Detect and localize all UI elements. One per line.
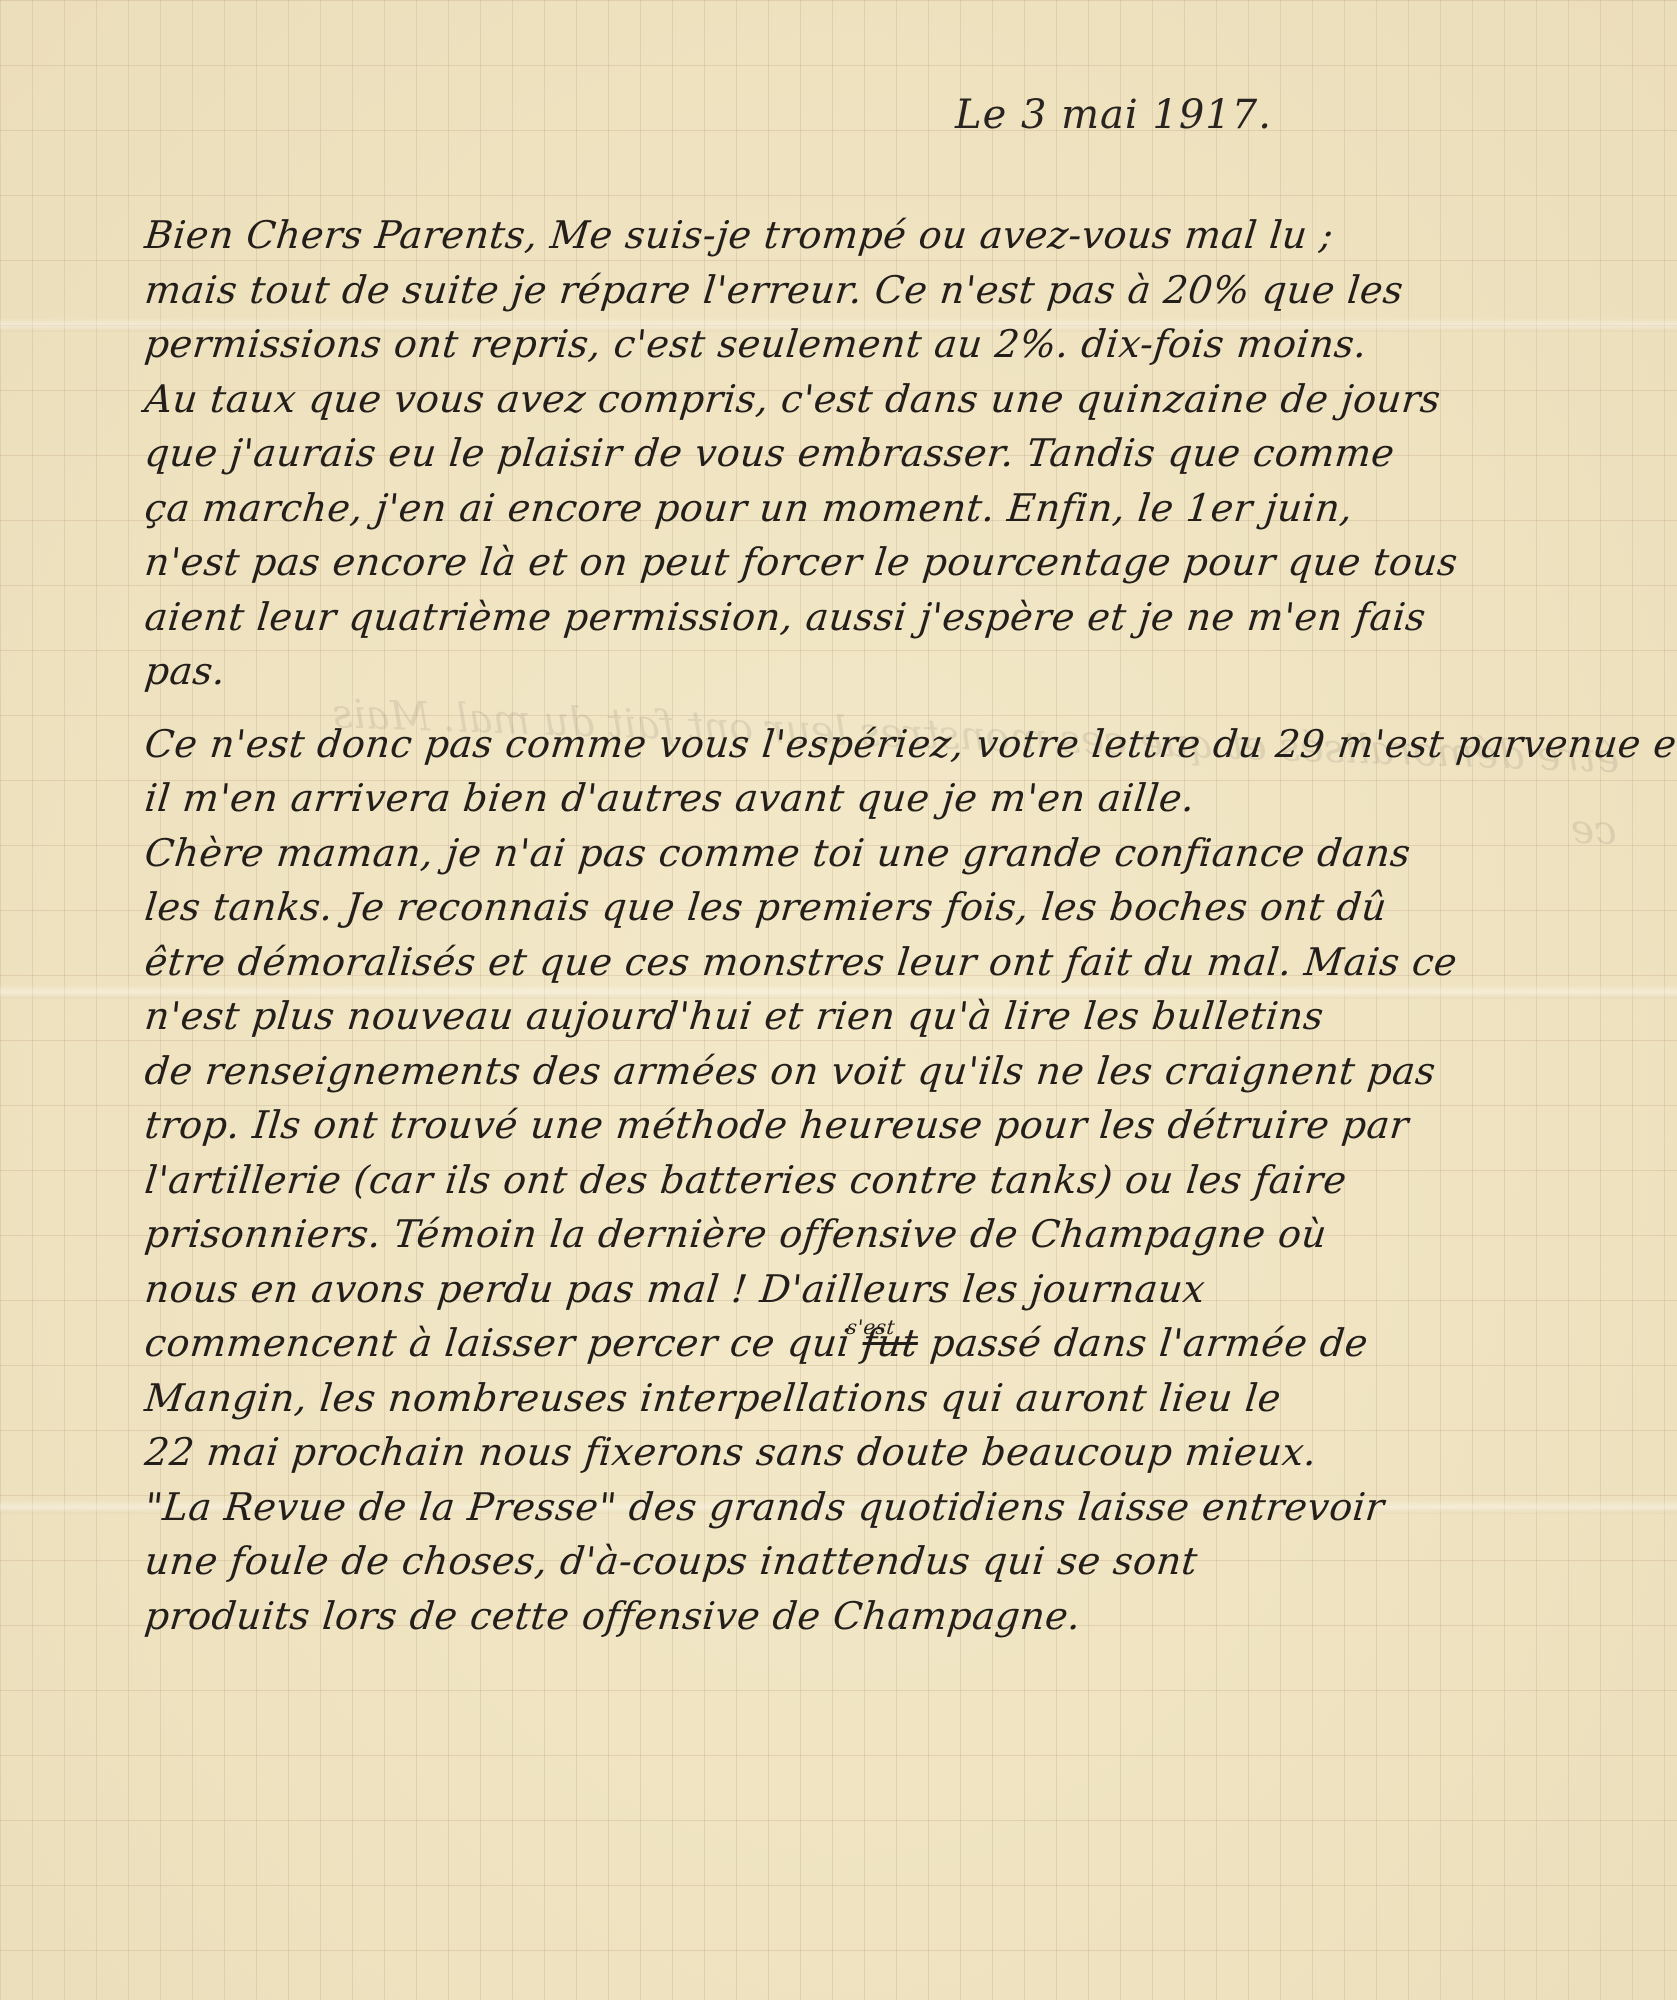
letter-line: Chère maman, je n'ai pas comme toi une g… [142,826,1608,881]
letter-line: n'est plus nouveau aujourd'hui et rien q… [142,989,1608,1044]
letter-line: ça marche, j'en ai encore pour un moment… [142,481,1608,536]
letter-line: aient leur quatrième permission, aussi j… [142,590,1608,645]
letter-date: Le 3 mai 1917. [955,92,1272,138]
letter-line: n'est pas encore là et on peut forcer le… [142,535,1608,590]
letter-line: produits lors de cette offensive de Cham… [142,1589,1608,1644]
letter-line: trop. Ils ont trouvé une méthode heureus… [142,1098,1608,1153]
letter-line: pas. [142,644,1608,699]
letter-line-with-correction: commencent à laisser percer ce qui fut s… [142,1316,1608,1371]
letter-line: les tanks. Je reconnais que les premiers… [142,880,1608,935]
letter-line: 22 mai prochain nous fixerons sans doute… [142,1425,1608,1480]
letter-body: Bien Chers Parents, Me suis-je trompé ou… [145,208,1605,1643]
letter-line: de renseignements des armées on voit qu'… [142,1044,1608,1099]
letter-line: il m'en arrivera bien d'autres avant que… [142,771,1608,826]
letter-line: que j'aurais eu le plaisir de vous embra… [142,426,1608,481]
letter-line: une foule de choses, d'à-coups inattendu… [142,1534,1608,1589]
inserted-word: s'est [844,1300,898,1355]
letter-page: être démoralisés et que ces monstres leu… [0,0,1677,2000]
letter-line: "La Revue de la Presse" des grands quoti… [142,1480,1608,1535]
letter-line: Ce n'est donc pas comme vous l'espériez,… [142,717,1608,772]
letter-line: permissions ont repris, c'est seulement … [142,317,1608,372]
line-text: commencent à laisser percer ce qui [143,1321,853,1365]
letter-line: être démoralisés et que ces monstres leu… [142,935,1608,990]
line-text: passé dans l'armée de [928,1321,1370,1365]
letter-line: mais tout de suite je répare l'erreur. C… [142,263,1608,318]
letter-line: Bien Chers Parents, Me suis-je trompé ou… [142,208,1608,263]
letter-line: Mangin, les nombreuses interpellations q… [142,1371,1608,1426]
letter-line: l'artillerie (car ils ont des batteries … [142,1153,1608,1208]
letter-line: Au taux que vous avez compris, c'est dan… [142,372,1608,427]
letter-line: prisonniers. Témoin la dernière offensiv… [142,1207,1608,1262]
